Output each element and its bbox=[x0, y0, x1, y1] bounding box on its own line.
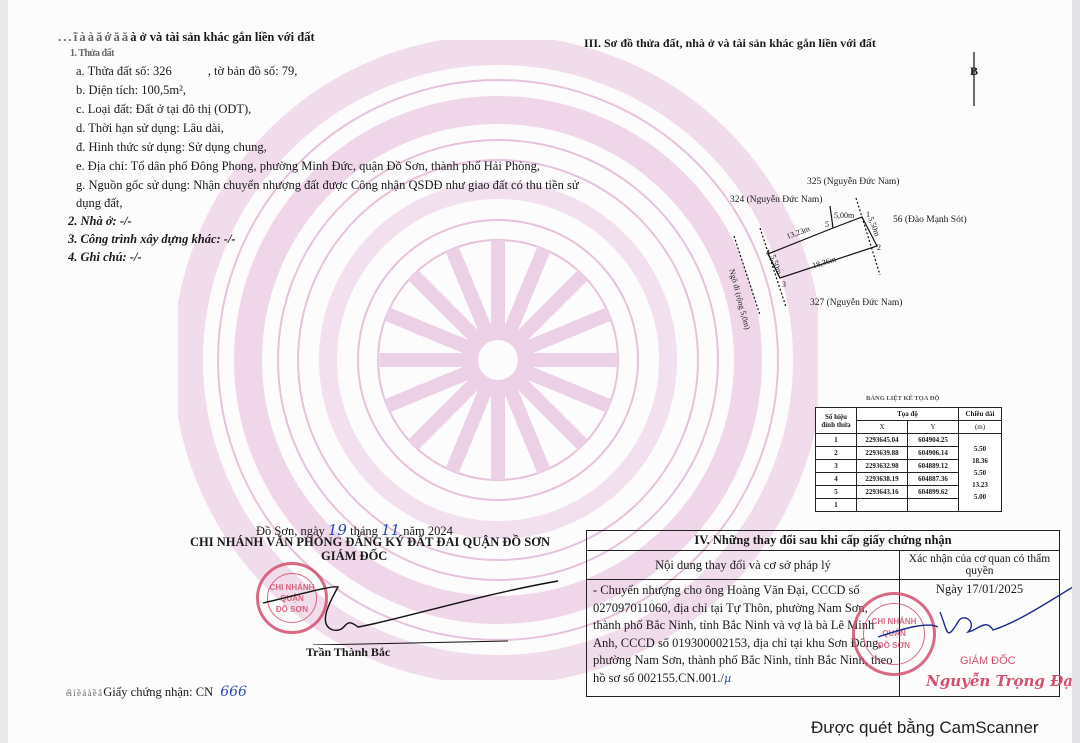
parcel-diagram bbox=[708, 170, 988, 320]
certificate-number: ểi ỉ ề á à ề ắ Giấy chứng nhận: CN 666 bbox=[66, 684, 247, 700]
ghi-chu: 4. Ghi chú: -/- bbox=[68, 250, 142, 265]
vertex-4: 4 bbox=[766, 248, 770, 257]
vertex-5: 5 bbox=[825, 220, 829, 229]
lengths-cell: 5.5018.365.5013.235.00 bbox=[959, 434, 1002, 512]
section1-heading: . . . ĩ à à ă ớ ă ă à ở và tài sản khác … bbox=[58, 30, 315, 45]
section3-heading: III. Sơ đồ thửa đất, nhà ở và tài sản kh… bbox=[584, 36, 876, 51]
item-dd: đ. Hình thức sử dụng: Sử dụng chung, bbox=[76, 140, 267, 155]
coords-title: BẢNG LIỆT KÊ TỌA ĐỘ bbox=[866, 395, 939, 402]
item-g-cont: dụng đất, bbox=[76, 196, 123, 211]
page-edge-left bbox=[0, 0, 8, 743]
signature-right bbox=[868, 582, 1072, 652]
cong-trinh: 3. Công trình xây dựng khác: -/- bbox=[68, 232, 236, 247]
col-content-header: Nội dung thay đổi và cơ sở pháp lý bbox=[587, 551, 900, 580]
edge-5-1: 5,00m bbox=[834, 211, 854, 220]
confirm-title: GIÁM ĐỐC bbox=[960, 655, 1016, 667]
coords-row: 12293645.04604904.255.5018.365.5013.235.… bbox=[816, 434, 1002, 447]
col-confirm-header: Xác nhận của cơ quan có thẩm quyền bbox=[900, 551, 1060, 580]
camscanner-footer: Được quét bằng CamScanner bbox=[811, 718, 1039, 738]
item-c: c. Loại đất: Đất ở tại đô thị (ODT), bbox=[76, 102, 251, 117]
confirm-name: Nguyễn Trọng Đại bbox=[926, 672, 1072, 690]
signer-name: Trần Thành Bắc bbox=[306, 645, 390, 660]
signature-left bbox=[258, 575, 568, 645]
coords-table: Số hiệu đỉnh thửa Tọa độ Chiều dài X Y (… bbox=[815, 407, 1002, 512]
nha-o: 2. Nhà ở: -/- bbox=[68, 214, 132, 229]
item-e: e. Địa chỉ: Tổ dân phố Đông Phong, phườn… bbox=[76, 159, 540, 174]
certificate-number-handwritten: 666 bbox=[220, 684, 247, 700]
item-b: b. Diện tích: 100,5m², bbox=[76, 83, 186, 98]
signing-title: GIÁM ĐỐC bbox=[321, 549, 387, 564]
item-g: g. Nguồn gốc sử dụng: Nhận chuyển nhượng… bbox=[76, 178, 579, 193]
north-label: B bbox=[970, 64, 978, 79]
vertex-3: 3 bbox=[782, 280, 786, 289]
item-d: d. Thời hạn sử dụng: Lâu dài, bbox=[76, 121, 224, 136]
section4-heading: IV. Những thay đổi sau khi cấp giấy chứn… bbox=[587, 531, 1060, 551]
page-edge-right bbox=[1072, 0, 1080, 743]
vertex-2: 2 bbox=[877, 243, 881, 252]
vertex-1: 1 bbox=[866, 210, 870, 219]
certificate-page: . . . ĩ à à ă ớ ă ă à ở và tài sản khác … bbox=[8, 0, 1072, 743]
garbled-prefix: . . . ĩ à à ă ớ ă ă bbox=[58, 30, 130, 44]
section1-subheading: 1. Thửa đất bbox=[70, 48, 114, 59]
signing-office: CHI NHÁNH VĂN PHÒNG ĐĂNG KÝ ĐẤT ĐAI QUẬN… bbox=[190, 535, 550, 550]
north-arrow-icon bbox=[966, 50, 986, 110]
item-a: a. Thửa đất số: 326, tờ bản đồ số: 79, bbox=[76, 64, 297, 79]
